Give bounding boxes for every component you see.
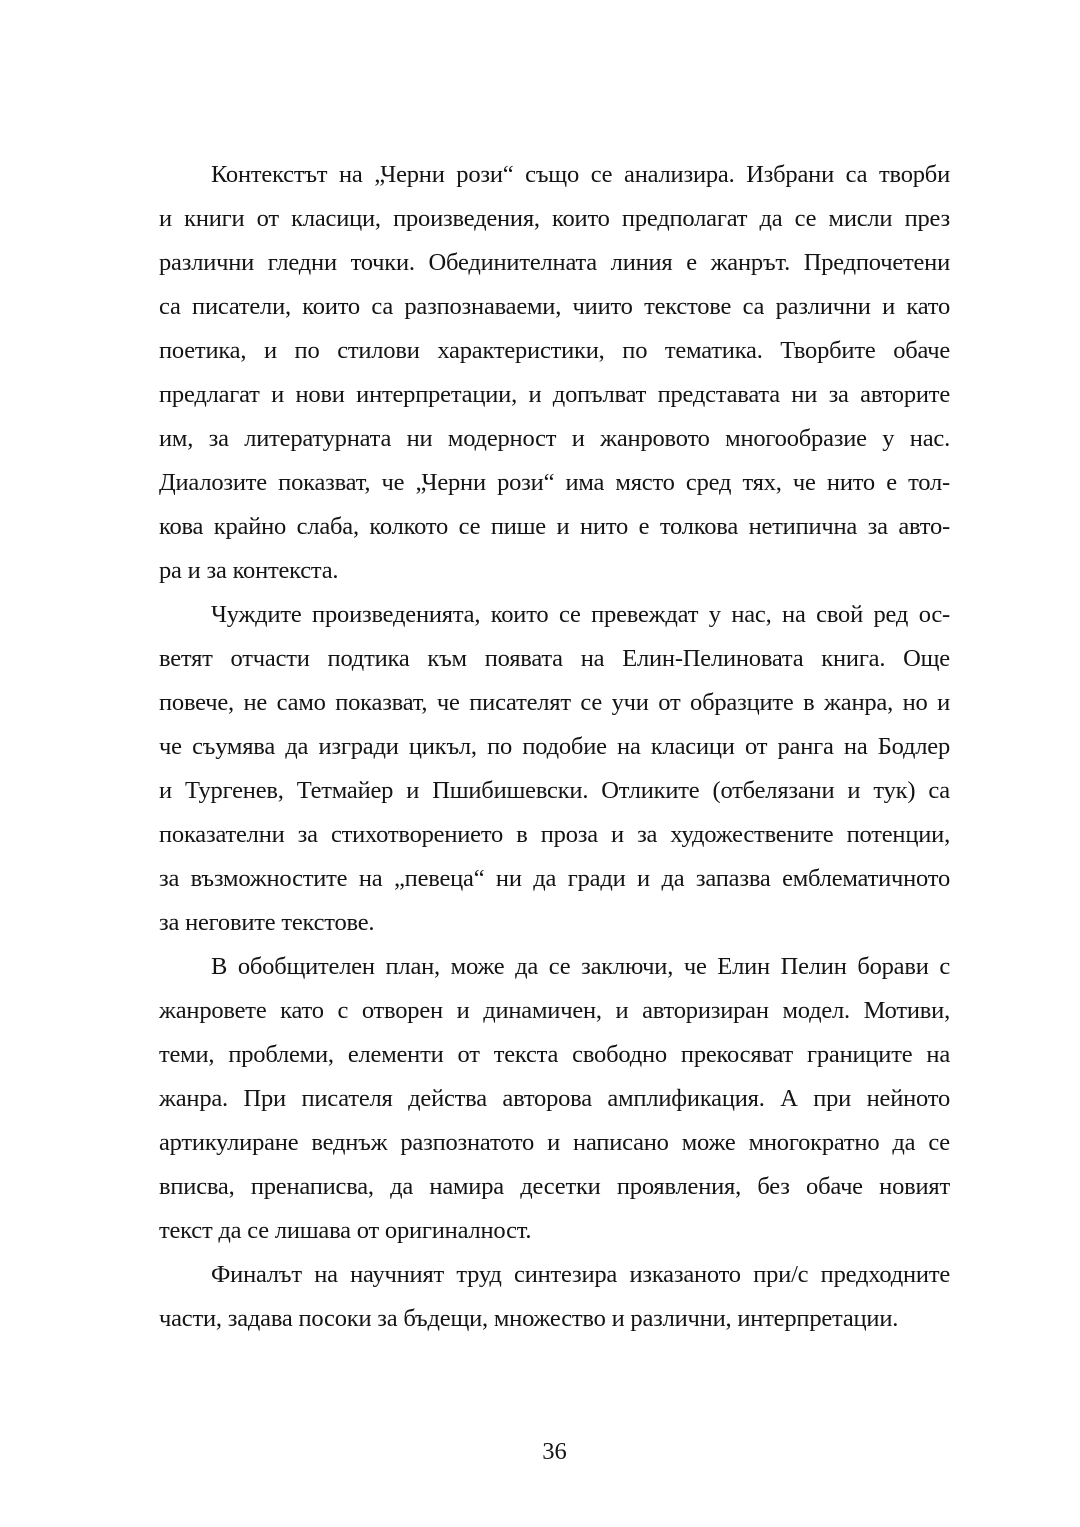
text-line: В обобщителен план, може да се заключи, … xyxy=(159,945,950,989)
text-line: че съумява да изгради цикъл, по подобие … xyxy=(159,725,950,769)
text-line: показателни за стихотворението в проза и… xyxy=(159,813,950,857)
text-line: Диалозите показват, че „Черни рози“ има … xyxy=(159,461,950,505)
text-line: повече, не само показват, че писателят с… xyxy=(159,681,950,725)
text-line: артикулиране веднъж разпознатото и напис… xyxy=(159,1121,950,1165)
text-line: за възможностите на „певеца“ ни да гради… xyxy=(159,857,950,901)
text-line: жанра. При писателя действа авторова амп… xyxy=(159,1077,950,1121)
text-line: теми, проблеми, елементи от текста свобо… xyxy=(159,1033,950,1077)
text-line: за неговите текстове. xyxy=(159,901,950,945)
text-line: и Тургенев, Тетмайер и Пшибишевски. Отли… xyxy=(159,769,950,813)
paragraph: Чуждите произведенията, които се превежд… xyxy=(159,593,950,945)
document-page: Контекстът на „Черни рози“ също се анали… xyxy=(0,0,1080,1527)
text-line: кова крайно слаба, колкото се пише и нит… xyxy=(159,505,950,549)
text-line: текст да се лишава от оригиналност. xyxy=(159,1209,950,1253)
body-text: Контекстът на „Черни рози“ също се анали… xyxy=(159,153,950,1341)
text-line: вписва, пренаписва, да намира десетки пр… xyxy=(159,1165,950,1209)
text-line: ра и за контекста. xyxy=(159,549,950,593)
text-line: и книги от класици, произведения, които … xyxy=(159,197,950,241)
text-line: предлагат и нови интерпретации, и допълв… xyxy=(159,373,950,417)
text-line: жанровете като с отворен и динамичен, и … xyxy=(159,989,950,1033)
text-line: ветят отчасти подтика към появата на Ели… xyxy=(159,637,950,681)
text-line: поетика, и по стилови характеристики, по… xyxy=(159,329,950,373)
text-line: Контекстът на „Черни рози“ също се анали… xyxy=(159,153,950,197)
text-line: са писатели, които са разпознаваеми, чии… xyxy=(159,285,950,329)
paragraph: Финалът на научният труд синтезира изказ… xyxy=(159,1253,950,1341)
paragraph: Контекстът на „Черни рози“ също се анали… xyxy=(159,153,950,593)
text-line: им, за литературната ни модерност и жанр… xyxy=(159,417,950,461)
text-line: различни гледни точки. Обединителната ли… xyxy=(159,241,950,285)
text-line: Финалът на научният труд синтезира изказ… xyxy=(159,1253,950,1297)
text-line: Чуждите произведенията, които се превежд… xyxy=(159,593,950,637)
paragraph: В обобщителен план, може да се заключи, … xyxy=(159,945,950,1253)
page-number: 36 xyxy=(159,1430,950,1474)
text-line: части, задава посоки за бъдещи, множеств… xyxy=(159,1297,950,1341)
